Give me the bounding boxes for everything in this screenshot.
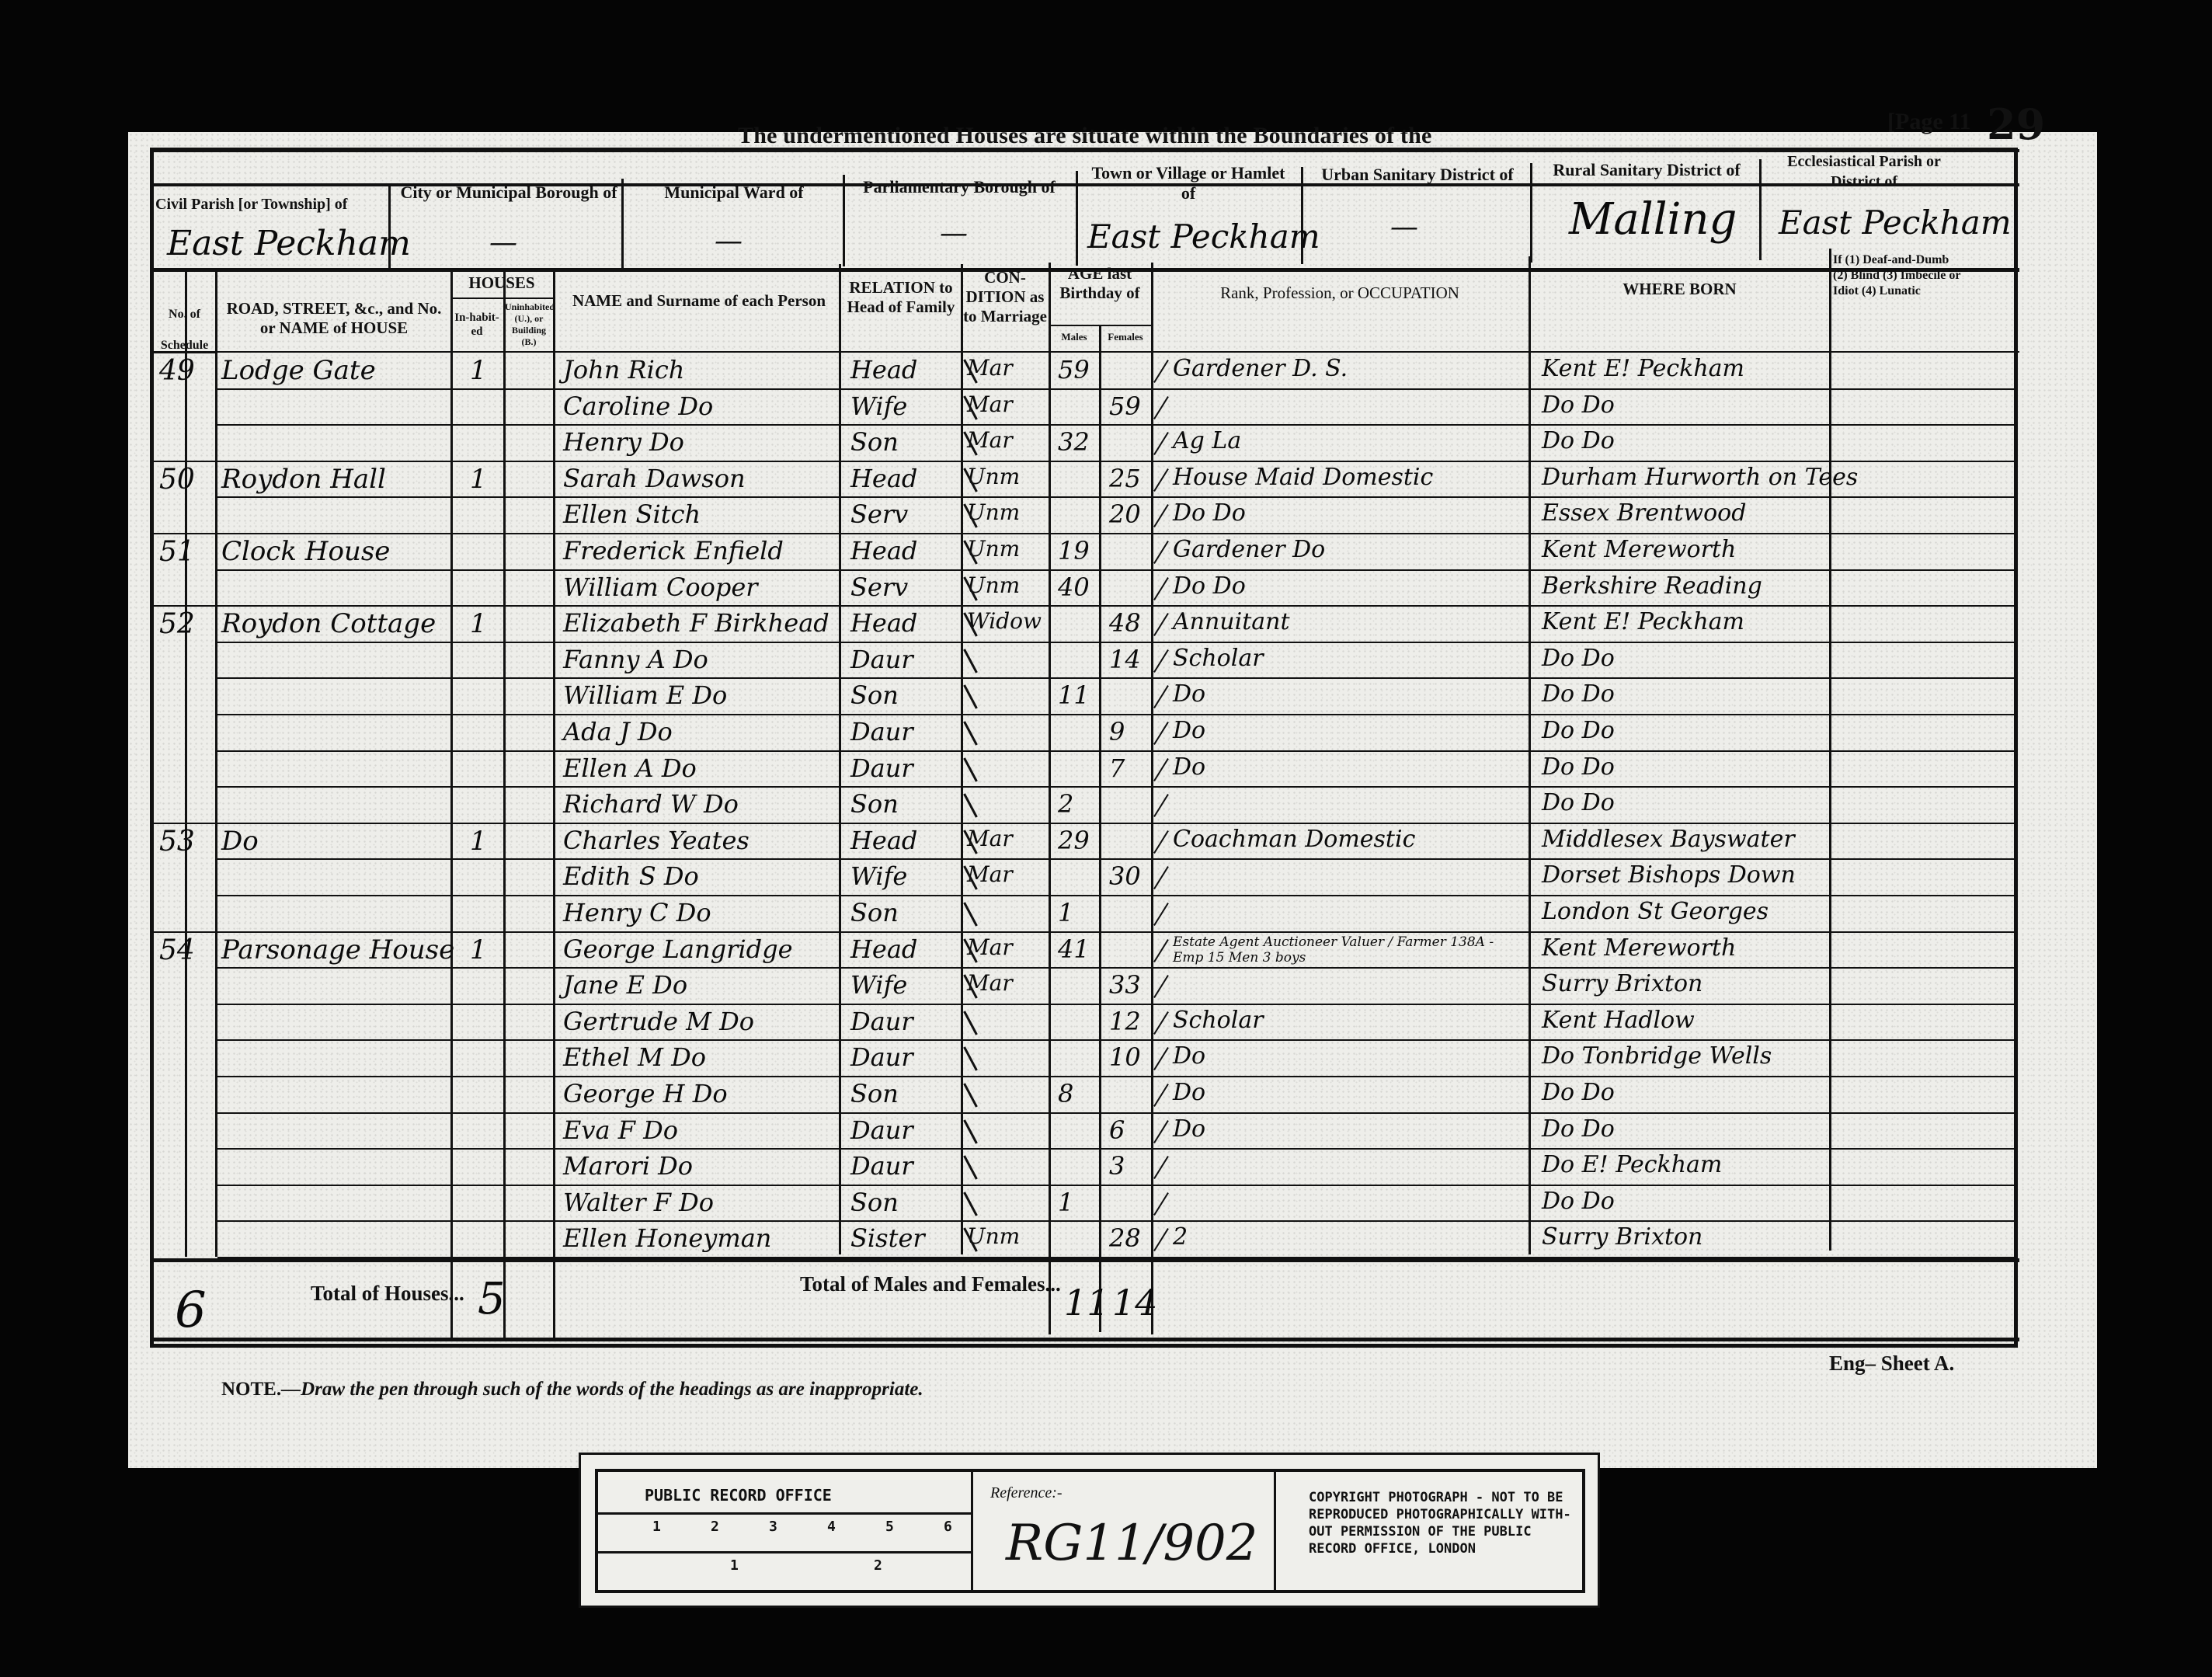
inhabited-count: 1: [470, 355, 487, 386]
occupation: House Maid Domestic: [1173, 464, 1433, 491]
occupation: 2: [1173, 1223, 1188, 1251]
relation: Daur: [850, 717, 913, 746]
column-divider: [503, 270, 506, 1338]
row-rule: [217, 823, 2018, 824]
person-name: Walter F Do: [563, 1188, 714, 1217]
stamp-divider: [1274, 1472, 1276, 1592]
ruler-mark: 5: [885, 1519, 894, 1535]
relation: Head: [850, 536, 917, 565]
person-name: George H Do: [563, 1079, 728, 1108]
column-divider: [1099, 326, 1101, 1332]
total-houses-value: 5: [478, 1274, 506, 1324]
person-name: Gertrude M Do: [563, 1007, 754, 1036]
occupation: Ag La: [1173, 427, 1241, 454]
column-divider: [215, 270, 217, 1257]
district-value-borough: —: [489, 227, 517, 259]
where-born: Dorset Bishops Down: [1542, 861, 1796, 889]
relation: Son: [850, 680, 899, 710]
district-label-parliamentary-borough: Parliamentary Borough of: [847, 177, 1072, 197]
row-rule: [217, 1185, 2018, 1186]
district-label-ecclesiastical: Ecclesiastical Parish or District of: [1767, 151, 1961, 192]
male-age: 29: [1058, 826, 1090, 855]
divider: [1076, 171, 1078, 266]
person-name: Caroline Do: [563, 391, 713, 421]
row-rule: [217, 931, 2018, 933]
row-rule: [217, 1004, 2018, 1005]
female-age: 7: [1109, 753, 1125, 783]
female-age: 30: [1109, 861, 1141, 891]
relation: Daur: [850, 1151, 913, 1181]
where-born: Do Do: [1542, 753, 1615, 781]
person-name: Frederick Enfield: [563, 536, 784, 565]
house-name: Roydon Hall: [221, 464, 386, 495]
column-divider: [1049, 263, 1051, 1334]
column-divider: [961, 264, 963, 1254]
relation: Wife: [850, 970, 907, 1000]
where-born: Do Do: [1542, 427, 1615, 454]
ruler-mark: 1: [652, 1519, 661, 1535]
occupation: Scholar: [1173, 1007, 1264, 1034]
where-born: Do Do: [1542, 789, 1615, 816]
row-rule: [217, 895, 2018, 896]
ruler-mark: 6: [944, 1519, 952, 1535]
district-label-town: Town or Village or Hamlet of: [1083, 163, 1293, 204]
person-name: Fanny A Do: [563, 645, 708, 674]
occupation: Do: [1173, 1115, 1205, 1143]
district-label-borough: City or Municipal Borough of: [400, 183, 617, 203]
person-name: Charles Yeates: [563, 826, 750, 855]
district-value-urban-sanitary: —: [1390, 211, 1418, 243]
district-value-rural-sanitary: Malling: [1569, 194, 1737, 245]
where-born: Kent Mereworth: [1542, 934, 1736, 962]
schedule-number: 49: [159, 355, 195, 387]
col-infirmity: If (1) Deaf-and-Dumb (2) Blind (3) Imbec…: [1833, 252, 1965, 299]
col-males: Males: [1050, 330, 1098, 344]
district-value-ecclesiastical: East Peckham: [1779, 204, 2012, 242]
note-label: NOTE.: [221, 1379, 281, 1400]
relation: Daur: [850, 645, 913, 674]
rule: [151, 351, 2019, 353]
relation: Son: [850, 427, 899, 457]
folio-number: 29: [1987, 99, 2045, 149]
where-born: Do Tonbridge Wells: [1542, 1042, 1772, 1070]
inhabited-count: 1: [470, 608, 487, 639]
note-text: —Draw the pen through such of the words …: [281, 1379, 923, 1400]
inhabited-count: 1: [470, 934, 487, 965]
col-road: ROAD, STREET, &c., and No. or NAME of HO…: [221, 299, 447, 338]
column-divider: [1151, 263, 1153, 1334]
where-born: Surry Brixton: [1542, 1223, 1702, 1251]
divider: [1759, 159, 1762, 260]
male-age: 2: [1058, 789, 1073, 819]
where-born: Do Do: [1542, 645, 1615, 672]
relation: Head: [850, 355, 917, 384]
house-name: Do: [221, 826, 259, 857]
relation: Son: [850, 1188, 899, 1217]
where-born: Do Do: [1542, 391, 1615, 419]
female-age: 9: [1109, 717, 1125, 746]
occupation: Coachman Domestic: [1173, 826, 1415, 853]
ruler-mid-rule: [598, 1551, 971, 1553]
row-rule: [217, 786, 2018, 788]
where-born: Do Do: [1542, 1115, 1615, 1143]
occupation: Annuitant: [1173, 608, 1290, 635]
occupation: Do: [1173, 1079, 1205, 1106]
divider: [621, 179, 624, 268]
person-name: Ada J Do: [563, 717, 673, 746]
relation: Serv: [850, 499, 908, 529]
rule: [151, 149, 2019, 152]
page-number: [Page 11: [1887, 109, 1970, 135]
column-divider: [839, 264, 841, 1254]
district-value-town: East Peckham: [1087, 217, 1320, 256]
male-age: 41: [1058, 934, 1090, 964]
col-uninhabited: Uninhabited (U.), or Building (B.): [505, 301, 553, 348]
relation: Head: [850, 608, 917, 638]
divider: [1530, 163, 1532, 263]
row-rule: [217, 424, 2018, 426]
row-rule: [217, 967, 2018, 969]
divider: [843, 175, 845, 266]
occupation: Estate Agent Auctioneer Valuer / Farmer …: [1173, 934, 1522, 965]
ruler-mark: 4: [827, 1519, 836, 1535]
occupation: Gardener Do: [1173, 536, 1325, 563]
person-name: Ellen A Do: [563, 753, 697, 783]
where-born: Do Do: [1542, 717, 1615, 744]
schedule-rule: [154, 533, 217, 534]
relation: Head: [850, 934, 917, 964]
person-name: Ethel M Do: [563, 1042, 706, 1072]
where-born: Do Do: [1542, 1188, 1615, 1215]
boundaries-banner: The undermentioned Houses are situate wi…: [738, 123, 1432, 149]
female-age: 28: [1109, 1223, 1141, 1253]
total-houses-label: Total of Houses...: [311, 1282, 464, 1306]
column-divider: [450, 270, 453, 1338]
relation: Head: [850, 464, 917, 493]
where-born: Kent E! Peckham: [1542, 355, 1744, 382]
person-name: Henry C Do: [563, 898, 711, 927]
female-age: 20: [1109, 499, 1141, 529]
where-born: London St Georges: [1542, 898, 1769, 925]
female-age: 25: [1109, 464, 1141, 493]
female-age: 10: [1109, 1042, 1141, 1072]
row-rule: [217, 461, 2018, 462]
reference-label: Reference:-: [990, 1484, 1063, 1502]
occupation: Do Do: [1173, 499, 1246, 527]
person-name: William E Do: [563, 680, 727, 710]
relation: Serv: [850, 572, 908, 602]
row-rule: [217, 1039, 2018, 1041]
where-born: Middlesex Bayswater: [1542, 826, 1795, 853]
occupation: Gardener D. S.: [1173, 355, 1348, 382]
occupation: Do Do: [1173, 572, 1246, 600]
district-label-civil-parish: Civil Parish [or Township] of: [155, 194, 388, 214]
occupation: Scholar: [1173, 645, 1264, 672]
row-rule: [217, 714, 2018, 715]
col-houses: HOUSES: [452, 273, 551, 293]
where-born: Do E! Peckham: [1542, 1151, 1722, 1178]
schedule-rule: [154, 931, 217, 933]
relation: Daur: [850, 1007, 913, 1036]
row-rule: [217, 496, 2018, 498]
column-divider: [185, 270, 187, 1257]
female-age: 14: [1109, 645, 1141, 674]
relation: Wife: [850, 861, 907, 891]
person-name: Eva F Do: [563, 1115, 678, 1145]
district-label-urban-sanitary: Urban Sanitary District of: [1309, 165, 1526, 185]
ruler-mark: 3: [769, 1519, 777, 1535]
reference-value: RG11/902: [1006, 1515, 1257, 1572]
relation: Son: [850, 1079, 899, 1108]
male-age: 8: [1058, 1079, 1073, 1108]
row-rule: [217, 605, 2018, 607]
where-born: Surry Brixton: [1542, 970, 1702, 997]
row-rule: [217, 750, 2018, 752]
occupation: Do: [1173, 717, 1205, 744]
stamp-divider: [971, 1472, 973, 1592]
col-occupation: Rank, Profession, or OCCUPATION: [1157, 284, 1522, 303]
column-divider: [553, 270, 555, 1338]
ruler-mark: 1: [730, 1557, 739, 1574]
row-rule: [217, 388, 2018, 390]
district-label-ward: Municipal Ward of: [629, 183, 839, 203]
stamp-frame: PUBLIC RECORD OFFICE 1 2 3 4 5 6 1 2 Ref…: [595, 1469, 1585, 1593]
person-name: Henry Do: [563, 427, 684, 457]
where-born: Kent Mereworth: [1542, 536, 1736, 563]
person-name: Richard W Do: [563, 789, 739, 819]
inhabited-count: 1: [470, 464, 487, 495]
female-age: 3: [1109, 1151, 1125, 1181]
female-age: 48: [1109, 608, 1141, 638]
occupation: Do: [1173, 680, 1205, 708]
female-age: 6: [1109, 1115, 1125, 1145]
stamp-office: PUBLIC RECORD OFFICE: [645, 1486, 832, 1505]
schedule-number: 54: [159, 934, 195, 966]
occupation: Do: [1173, 1042, 1205, 1070]
schedule-number: 53: [159, 826, 195, 858]
person-name: Edith S Do: [563, 861, 699, 891]
schedule-rule: [154, 352, 217, 353]
schedule-rule: [154, 461, 217, 462]
row-rule: [217, 569, 2018, 571]
sheet-label: Eng– Sheet A.: [1829, 1352, 1954, 1376]
rule: [1050, 325, 1151, 326]
where-born: Essex Brentwood: [1542, 499, 1746, 527]
schedule-rule: [154, 605, 217, 607]
schedule-number: 50: [159, 464, 195, 496]
relation: Daur: [850, 1115, 913, 1145]
schedule-number: 52: [159, 608, 195, 640]
where-born: Durham Hurworth on Tees: [1542, 464, 1858, 491]
rule: [452, 297, 553, 299]
row-rule: [217, 533, 2018, 534]
male-age: 32: [1058, 427, 1090, 457]
person-name: Ellen Honeyman: [563, 1223, 771, 1253]
house-name: Parsonage House: [221, 934, 454, 965]
person-name: William Cooper: [563, 572, 758, 602]
person-name: George Langridge: [563, 934, 793, 964]
rule: [151, 1338, 2019, 1341]
district-value-parliamentary-borough: —: [940, 217, 968, 249]
person-name: Sarah Dawson: [563, 464, 746, 493]
where-born: Kent Hadlow: [1542, 1007, 1695, 1034]
row-rule: [217, 858, 2018, 860]
where-born: Kent E! Peckham: [1542, 608, 1744, 635]
where-born: Berkshire Reading: [1542, 572, 1762, 600]
person-name: Ellen Sitch: [563, 499, 701, 529]
schedule-rule: [154, 823, 217, 824]
col-age: AGE last Birthday of: [1050, 264, 1149, 303]
copyright-notice: COPYRIGHT PHOTOGRAPH - NOT TO BE REPRODU…: [1309, 1489, 1573, 1557]
row-rule: [217, 1220, 2018, 1222]
ruler-top-rule: [598, 1512, 971, 1515]
male-age: 19: [1058, 536, 1090, 565]
where-born: Do Do: [1542, 1079, 1615, 1106]
male-age: 1: [1058, 898, 1073, 927]
female-age: 33: [1109, 970, 1141, 1000]
house-name: Clock House: [221, 536, 390, 567]
col-relation: RELATION to Head of Family: [843, 278, 959, 317]
ruler-mark: 2: [874, 1557, 882, 1574]
district-value-civil-parish: East Peckham: [167, 224, 411, 263]
relation: Daur: [850, 1042, 913, 1072]
occupation: Do: [1173, 753, 1205, 781]
male-age: 40: [1058, 572, 1090, 602]
row-rule: [217, 1112, 2018, 1114]
row-rule: [217, 1076, 2018, 1077]
relation: Sister: [850, 1223, 925, 1253]
house-name: Roydon Cottage: [221, 608, 436, 639]
relation: Son: [850, 898, 899, 927]
row-rule: [217, 1148, 2018, 1150]
male-age: 59: [1058, 355, 1090, 384]
person-name: John Rich: [563, 355, 684, 384]
col-females: Females: [1101, 330, 1149, 344]
person-name: Jane E Do: [563, 970, 687, 1000]
relation: Son: [850, 789, 899, 819]
row-rule: [217, 677, 2018, 679]
person-name: Elizabeth F Birkhead: [563, 608, 829, 638]
column-divider: [1529, 256, 1531, 1254]
total-males: 11: [1064, 1282, 1110, 1324]
relation: Wife: [850, 391, 907, 421]
total-persons-label: Total of Males and Females...: [800, 1272, 1061, 1296]
margin-mark: 6: [175, 1282, 207, 1339]
male-age: 11: [1058, 680, 1090, 710]
col-name: NAME and Surname of each Person: [567, 291, 831, 311]
inhabited-count: 1: [470, 826, 487, 857]
where-born: Do Do: [1542, 680, 1615, 708]
col-inhabited: In-habit-ed: [452, 311, 502, 339]
schedule-number: 51: [159, 536, 195, 568]
rule: [151, 1258, 2019, 1262]
female-age: 59: [1109, 391, 1141, 421]
col-where-born: WHERE BORN: [1534, 280, 1825, 299]
male-age: 1: [1058, 1188, 1073, 1217]
relation: Head: [850, 826, 917, 855]
marital-condition: Widow: [967, 608, 1042, 634]
footer-note: NOTE.—Draw the pen through such of the w…: [221, 1379, 923, 1400]
row-rule: [217, 642, 2018, 643]
female-age: 12: [1109, 1007, 1141, 1036]
col-condition: CON-DITION as to Marriage: [963, 268, 1047, 326]
record-office-stamp: PUBLIC RECORD OFFICE 1 2 3 4 5 6 1 2 Ref…: [579, 1453, 1600, 1608]
ruler-mark: 2: [711, 1519, 719, 1535]
relation: Daur: [850, 753, 913, 783]
district-value-ward: —: [715, 225, 743, 257]
person-name: Marori Do: [563, 1151, 693, 1181]
total-females: 14: [1112, 1282, 1158, 1324]
district-label-rural-sanitary: Rural Sanitary District of: [1538, 160, 1755, 180]
house-name: Lodge Gate: [221, 355, 376, 386]
